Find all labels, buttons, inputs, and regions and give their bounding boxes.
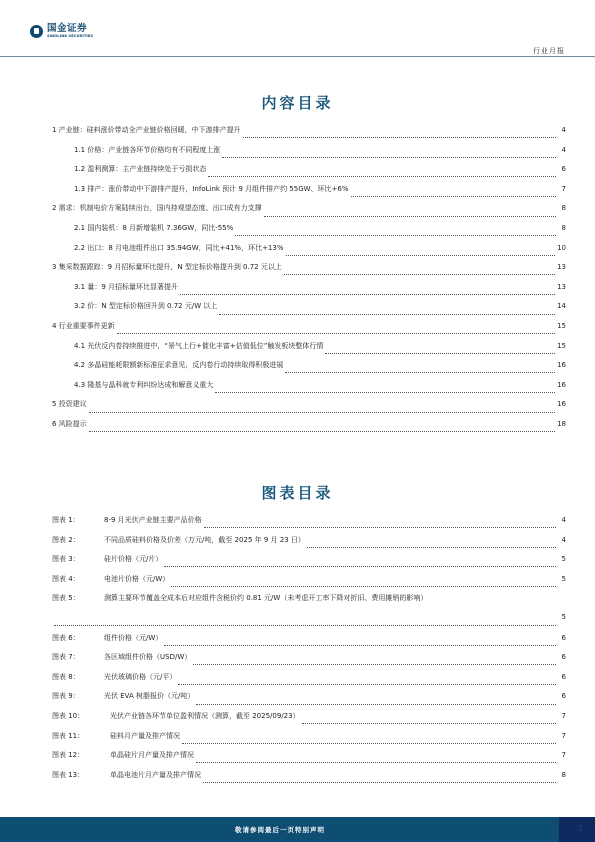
dot-leader (325, 353, 555, 354)
logo-icon (30, 25, 43, 38)
entry-page-number: 7 (558, 185, 566, 193)
entry-page-number: 6 (558, 653, 566, 661)
entry-text: 测算主要环节覆盖全成本后对应组件含税价约 0.81 元/W（未考虑开工率下降对折… (104, 594, 427, 602)
figure-entry[interactable]: 图表 10：光伏产业链各环节单位盈利情况（测算，截至 2025/09/23）7 (52, 711, 566, 731)
entry-text: 光伏 EVA 树脂报价（元/吨） (104, 692, 194, 700)
entry-page-number: 4 (558, 126, 566, 134)
entry-text: 6 风险提示 (52, 420, 87, 428)
dot-leader (284, 274, 555, 275)
figure-entry[interactable]: 图表 7：各区域组件价格（USD/W）6 (52, 652, 566, 672)
dot-leader (89, 412, 555, 413)
entry-label: 图表 13：单晶电池片月产量及排产情况 (52, 770, 201, 780)
figure-number: 图表 2： (52, 535, 104, 545)
dot-leader (203, 782, 556, 783)
entry-label: 图表 11：硅料月产量及排产情况 (52, 731, 180, 741)
toc-entry[interactable]: 5 投资建议16 (52, 399, 566, 419)
toc-entry[interactable]: 2 需求：机制电价方案陆续出台，国内持观望态度、出口成有力支撑8 (52, 203, 566, 223)
entry-text: 硅料月产量及排产情况 (110, 732, 180, 740)
entry-text: 8-9 月光伏产业链主要产品价格 (104, 516, 202, 524)
entry-page-number: 18 (557, 420, 566, 428)
dot-leader (180, 294, 555, 295)
entry-text: 硅片价格（元/片） (104, 555, 162, 563)
entry-label: 1.1 价格：产业链各环节价格均有不同程度上涨 (74, 145, 220, 155)
dot-leader (182, 743, 556, 744)
dot-leader (171, 586, 556, 587)
figure-entry[interactable]: 图表 4：电池片价格（元/W）5 (52, 574, 566, 594)
dot-leader (178, 684, 556, 685)
entry-text: 光伏玻璃价格（元/平） (104, 673, 176, 681)
logo-english-name: SINOLINK SECURITIES (47, 35, 93, 39)
dot-leader (193, 664, 556, 665)
entry-label: 图表 10：光伏产业链各环节单位盈利情况（测算，截至 2025/09/23） (52, 711, 300, 721)
entry-text: 光伏产业链各环节单位盈利情况（测算，截至 2025/09/23） (110, 712, 300, 720)
entry-label: 3.1 量：9 月招标量环比显著提升 (74, 282, 178, 292)
toc-entry[interactable]: 4.2 多晶硅能耗限额新标准征求意见，反内卷行动持续取得积极进展16 (52, 360, 566, 380)
entry-page-number: 6 (558, 673, 566, 681)
entry-label: 2 需求：机制电价方案陆续出台，国内持观望态度、出口成有力支撑 (52, 203, 262, 213)
entry-page-number: 7 (558, 712, 566, 720)
toc-entry[interactable]: 3.1 量：9 月招标量环比显著提升13 (52, 282, 566, 302)
entry-text: 单晶硅片月产量及排产情况 (110, 751, 194, 759)
figure-number: 图表 4： (52, 574, 104, 584)
entry-text: 5 投资建议 (52, 400, 87, 408)
figure-number: 图表 12： (52, 750, 110, 760)
dot-leader (235, 235, 556, 236)
figure-number: 图表 11： (52, 731, 110, 741)
toc-entry[interactable]: 1.1 价格：产业链各环节价格均有不同程度上涨4 (52, 145, 566, 165)
page-number-box: 2 (559, 817, 595, 842)
page-number: 2 (578, 824, 583, 833)
dot-leader (54, 625, 556, 626)
dot-leader (222, 157, 556, 158)
entry-page-number: 4 (558, 516, 566, 524)
entry-text: 4.2 多晶硅能耗限额新标准征求意见，反内卷行动持续取得积极进展 (74, 361, 283, 369)
entry-label: 图表 4：电池片价格（元/W） (52, 574, 169, 584)
dot-leader (215, 392, 555, 393)
entry-page-number: 6 (558, 165, 566, 173)
entry-page-number: 15 (557, 342, 566, 350)
entry-label: 2.1 国内装机：8 月新增装机 7.36GW，同比-55% (74, 223, 233, 233)
figure-entry[interactable]: 图表 9：光伏 EVA 树脂报价（元/吨）6 (52, 691, 566, 711)
dot-leader (164, 566, 556, 567)
logo-chinese-name: 国金证券 (47, 24, 93, 34)
figure-entry[interactable]: 图表 5：测算主要环节覆盖全成本后对应组件含税价约 0.81 元/W（未考虑开工… (52, 593, 566, 613)
entry-page-number: 10 (557, 244, 566, 252)
figure-number: 图表 9： (52, 691, 104, 701)
entry-label: 1 产业链：硅料涨价带动全产业链价格回暖，中下游排产提升 (52, 125, 241, 135)
entry-label: 图表 7：各区域组件价格（USD/W） (52, 652, 191, 662)
figure-entry[interactable]: 图表 13：单晶电池片月产量及排产情况8 (52, 770, 566, 790)
dot-leader (264, 216, 556, 217)
figure-number: 图表 7： (52, 652, 104, 662)
entry-page-number: 5 (558, 555, 566, 563)
entry-text: 1.1 价格：产业链各环节价格均有不同程度上涨 (74, 146, 220, 154)
entry-text: 3.1 量：9 月招标量环比显著提升 (74, 283, 178, 291)
entry-text: 1.3 排产：涨价带动中下游排产提升，InfoLink 预计 9 月组件排产约 … (74, 185, 349, 193)
figure-entry[interactable]: 图表 11：硅料月产量及排产情况7 (52, 731, 566, 751)
entry-text: 2 需求：机制电价方案陆续出台，国内持观望态度、出口成有力支撑 (52, 204, 262, 212)
figure-number: 图表 8： (52, 672, 104, 682)
entry-page-number: 5 (558, 613, 566, 621)
dot-leader (285, 372, 555, 373)
header-divider (0, 56, 595, 57)
dot-leader (196, 704, 556, 705)
figure-entry[interactable]: 图表 2：不同品质硅料价格及价差（万元/吨，截至 2025 年 9 月 23 日… (52, 535, 566, 555)
entry-page-number: 16 (557, 400, 566, 408)
disclaimer-note: 敬请参阅最后一页特别声明 (0, 825, 560, 834)
figure-entry[interactable]: 5 (52, 613, 566, 633)
report-type-label: 行业月报 (533, 46, 565, 56)
figure-number: 图表 1： (52, 515, 104, 525)
entry-text: 2.1 国内装机：8 月新增装机 7.36GW，同比-55% (74, 224, 233, 232)
entry-text: 1 产业链：硅料涨价带动全产业链价格回暖，中下游排产提升 (52, 126, 241, 134)
dot-leader (286, 255, 556, 256)
dot-leader (117, 333, 555, 334)
figure-number: 图表 13： (52, 770, 110, 780)
dot-leader (196, 762, 556, 763)
entry-text: 电池片价格（元/W） (104, 575, 169, 583)
entry-page-number: 14 (557, 302, 566, 310)
contents-title: 内容目录 (0, 92, 595, 113)
entry-label: 4.1 光伏反内卷持续推进中，“景气上行+催化丰富+估值低位”触发板块整体行情 (74, 341, 323, 351)
entry-text: 4.1 光伏反内卷持续推进中，“景气上行+催化丰富+估值低位”触发板块整体行情 (74, 342, 323, 350)
figure-entry[interactable]: 图表 6：组件价格（元/W）6 (52, 633, 566, 653)
dot-leader (219, 314, 555, 315)
entry-page-number: 8 (558, 204, 566, 212)
entry-label: 图表 9：光伏 EVA 树脂报价（元/吨） (52, 691, 194, 701)
entry-label: 图表 2：不同品质硅料价格及价差（万元/吨，截至 2025 年 9 月 23 日… (52, 535, 305, 545)
entry-text: 1.2 盈利测算：主产业链持续处于亏损状态 (74, 165, 206, 173)
entry-label: 图表 6：组件价格（元/W） (52, 633, 162, 643)
figure-entry[interactable]: 图表 12：单晶硅片月产量及排产情况7 (52, 750, 566, 770)
entry-page-number: 7 (558, 732, 566, 740)
page-header: 国金证券 SINOLINK SECURITIES 行业月报 (0, 0, 595, 60)
dot-leader (208, 176, 556, 177)
figure-number: 图表 3： (52, 554, 104, 564)
entry-text: 单晶电池片月产量及排产情况 (110, 771, 201, 779)
entry-label: 5 投资建议 (52, 399, 87, 409)
entry-text: 各区域组件价格（USD/W） (104, 653, 191, 661)
entry-text: 组件价格（元/W） (104, 634, 162, 642)
entry-page-number: 6 (558, 692, 566, 700)
toc-entry[interactable]: 1.2 盈利测算：主产业链持续处于亏损状态6 (52, 164, 566, 184)
figure-number: 图表 6： (52, 633, 104, 643)
dot-leader (351, 196, 556, 197)
toc-entry[interactable]: 4 行业重要事件更新15 (52, 321, 566, 341)
figure-entry[interactable]: 图表 8：光伏玻璃价格（元/平）6 (52, 672, 566, 692)
figures-title: 图表目录 (0, 482, 595, 503)
dot-leader (204, 527, 556, 528)
entry-label: 4.3 隆基与晶科就专利纠纷达成和解意义重大 (74, 380, 213, 390)
entry-label: 1.3 排产：涨价带动中下游排产提升，InfoLink 预计 9 月组件排产约 … (74, 184, 349, 194)
list-of-figures: 图表 1：8-9 月光伏产业链主要产品价格4图表 2：不同品质硅料价格及价差（万… (52, 515, 566, 789)
entry-label: 4 行业重要事件更新 (52, 321, 115, 331)
entry-label: 图表 8：光伏玻璃价格（元/平） (52, 672, 176, 682)
dot-leader (89, 431, 555, 432)
company-logo: 国金证券 SINOLINK SECURITIES (30, 24, 93, 38)
entry-label: 图表 3：硅片价格（元/片） (52, 554, 162, 564)
toc-entry[interactable]: 4.3 隆基与晶科就专利纠纷达成和解意义重大16 (52, 380, 566, 400)
dot-leader (302, 723, 556, 724)
dot-leader (164, 645, 556, 646)
entry-label: 图表 1：8-9 月光伏产业链主要产品价格 (52, 515, 202, 525)
toc-entry[interactable]: 3 集采数据跟踪：9 月招标量环比提升，N 型定标价格提升到 0.72 元以上1… (52, 262, 566, 282)
entry-page-number: 5 (558, 575, 566, 583)
entry-page-number: 13 (557, 283, 566, 291)
dot-leader (307, 547, 556, 548)
entry-page-number: 8 (558, 224, 566, 232)
table-of-contents: 1 产业链：硅料涨价带动全产业链价格回暖，中下游排产提升41.1 价格：产业链各… (52, 125, 566, 439)
figure-entry[interactable]: 图表 1：8-9 月光伏产业链主要产品价格4 (52, 515, 566, 535)
entry-label: 6 风险提示 (52, 419, 87, 429)
entry-page-number: 4 (558, 536, 566, 544)
entry-text: 不同品质硅料价格及价差（万元/吨，截至 2025 年 9 月 23 日） (104, 536, 305, 544)
toc-entry[interactable]: 2.1 国内装机：8 月新增装机 7.36GW，同比-55%8 (52, 223, 566, 243)
entry-page-number: 4 (558, 146, 566, 154)
entry-label: 图表 5：测算主要环节覆盖全成本后对应组件含税价约 0.81 元/W（未考虑开工… (52, 593, 427, 603)
toc-entry[interactable]: 3.2 价：N 型定标价格回升到 0.72 元/W 以上14 (52, 301, 566, 321)
toc-entry[interactable]: 1.3 排产：涨价带动中下游排产提升，InfoLink 预计 9 月组件排产约 … (52, 184, 566, 204)
toc-entry[interactable]: 4.1 光伏反内卷持续推进中，“景气上行+催化丰富+估值低位”触发板块整体行情1… (52, 341, 566, 361)
entry-label: 4.2 多晶硅能耗限额新标准征求意见，反内卷行动持续取得积极进展 (74, 360, 283, 370)
entry-page-number: 16 (557, 361, 566, 369)
entry-page-number: 15 (557, 322, 566, 330)
toc-entry[interactable]: 6 风险提示18 (52, 419, 566, 439)
entry-label: 1.2 盈利测算：主产业链持续处于亏损状态 (74, 164, 206, 174)
figure-number: 图表 5： (52, 593, 104, 603)
entry-page-number: 7 (558, 751, 566, 759)
entry-label: 3.2 价：N 型定标价格回升到 0.72 元/W 以上 (74, 301, 217, 311)
page-footer: 敬请参阅最后一页特别声明 2 (0, 817, 595, 842)
entry-text: 4 行业重要事件更新 (52, 322, 115, 330)
entry-text: 4.3 隆基与晶科就专利纠纷达成和解意义重大 (74, 381, 213, 389)
toc-entry[interactable]: 1 产业链：硅料涨价带动全产业链价格回暖，中下游排产提升4 (52, 125, 566, 145)
entry-text: 3.2 价：N 型定标价格回升到 0.72 元/W 以上 (74, 302, 217, 310)
figure-entry[interactable]: 图表 3：硅片价格（元/片）5 (52, 554, 566, 574)
toc-entry[interactable]: 2.2 出口：8 月电池组件出口 35.94GW，同比+41%，环比+13%10 (52, 243, 566, 263)
entry-page-number: 8 (558, 771, 566, 779)
figure-number: 图表 10： (52, 711, 110, 721)
entry-label: 3 集采数据跟踪：9 月招标量环比提升，N 型定标价格提升到 0.72 元以上 (52, 262, 282, 272)
entry-page-number: 13 (557, 263, 566, 271)
entry-page-number: 6 (558, 634, 566, 642)
entry-text: 3 集采数据跟踪：9 月招标量环比提升，N 型定标价格提升到 0.72 元以上 (52, 263, 282, 271)
dot-leader (243, 137, 556, 138)
entry-label: 图表 12：单晶硅片月产量及排产情况 (52, 750, 194, 760)
entry-label: 2.2 出口：8 月电池组件出口 35.94GW，同比+41%，环比+13% (74, 243, 284, 253)
entry-page-number: 16 (557, 381, 566, 389)
entry-text: 2.2 出口：8 月电池组件出口 35.94GW，同比+41%，环比+13% (74, 244, 284, 252)
